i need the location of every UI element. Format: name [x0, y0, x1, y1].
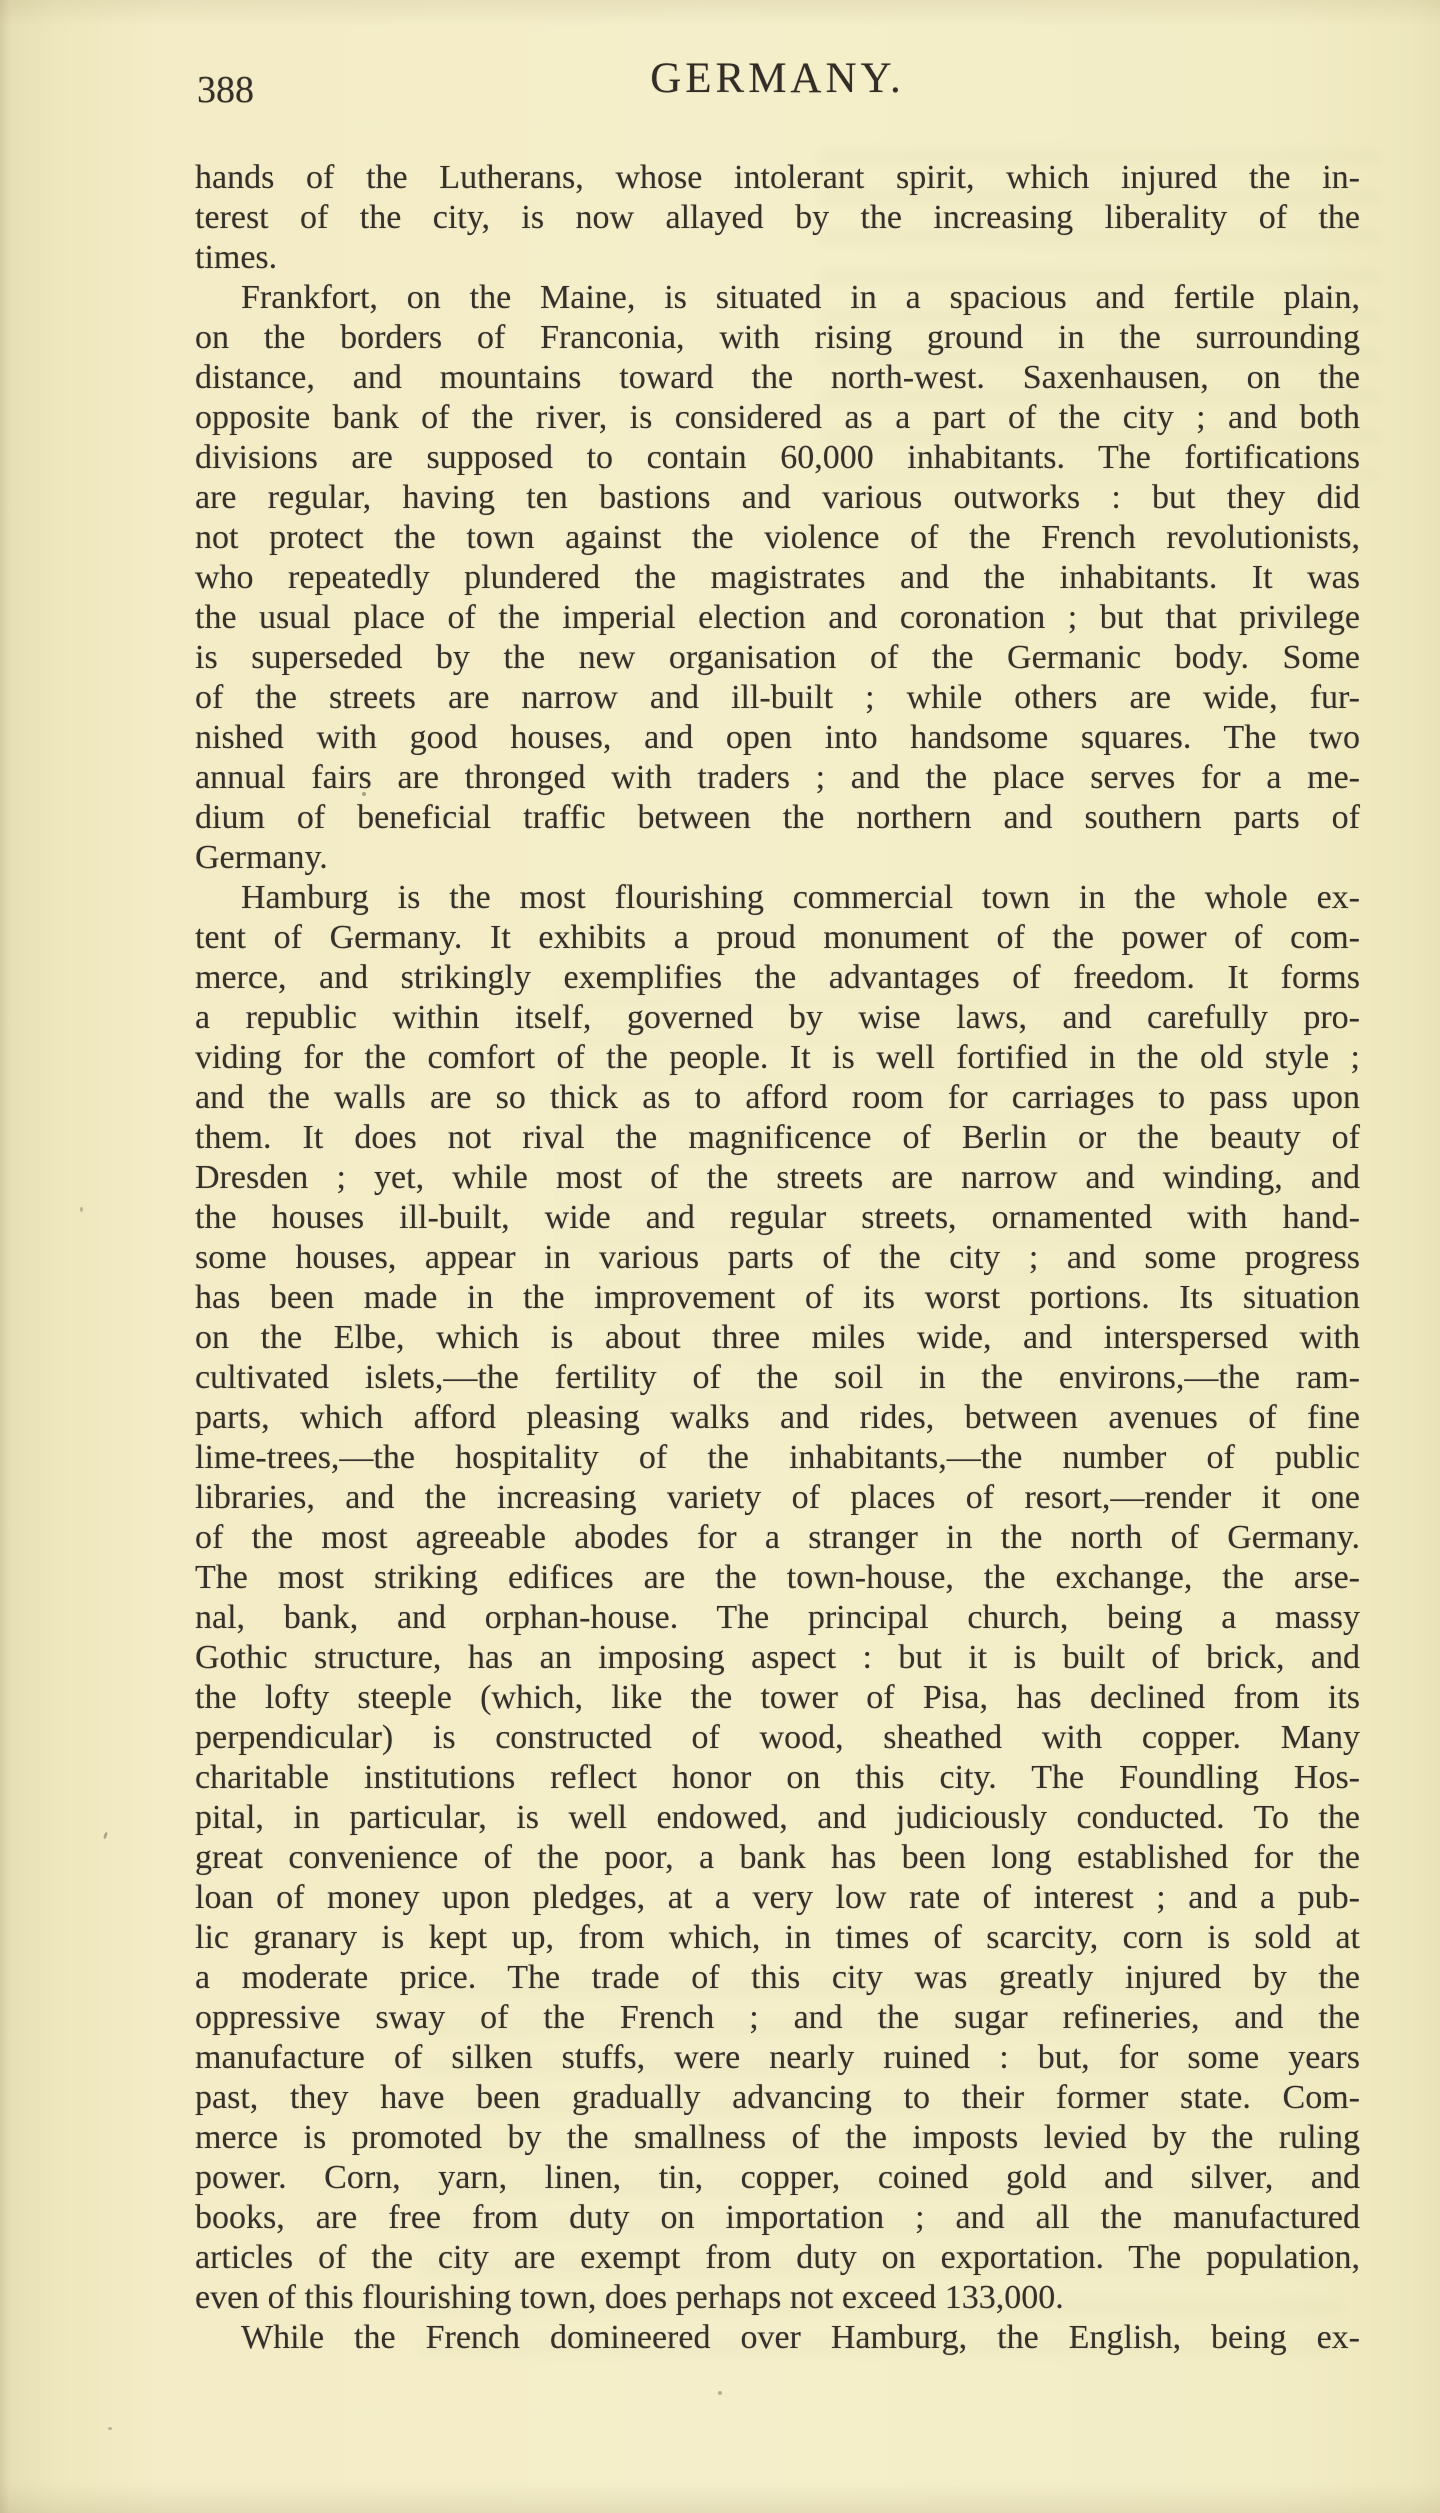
text-line: the houses ill-built, wide and regular s… — [195, 1198, 1360, 1238]
text-line: are regular, having ten bastions and var… — [195, 478, 1360, 518]
text-line: The most striking edifices are the town-… — [195, 1558, 1360, 1598]
text-line: loan of money upon pledges, at a very lo… — [195, 1878, 1360, 1918]
book-page-scan: { "page": { "number": "388", "header": "… — [0, 0, 1440, 2513]
text-line: past, they have been gradually advancing… — [195, 2078, 1360, 2118]
running-header: GERMANY. — [195, 57, 1360, 100]
text-line: nal, bank, and orphan-house. The princip… — [195, 1598, 1360, 1638]
text-line: While the French domineered over Hamburg… — [195, 2318, 1360, 2358]
text-line: Germany. — [195, 838, 1360, 878]
text-line: on the Elbe, which is about three miles … — [195, 1318, 1360, 1358]
text-line: tent of Germany. It exhibits a proud mon… — [195, 918, 1360, 958]
text-line: of the most agreeable abodes for a stran… — [195, 1518, 1360, 1558]
text-line: articles of the city are exempt from dut… — [195, 2238, 1360, 2278]
text-line: who repeatedly plundered the magistrates… — [195, 558, 1360, 598]
text-line: Frankfort, on the Maine, is situated in … — [195, 278, 1360, 318]
text-line: a republic within itself, governed by wi… — [195, 998, 1360, 1038]
text-line: on the borders of Franconia, with rising… — [195, 318, 1360, 358]
text-line: merce is promoted by the smallness of th… — [195, 2118, 1360, 2158]
paragraph: While the French domineered over Hamburg… — [195, 2318, 1360, 2358]
text-line: a moderate price. The trade of this city… — [195, 1958, 1360, 1998]
text-line: is superseded by the new organisation of… — [195, 638, 1360, 678]
text-line: oppressive sway of the French ; and the … — [195, 1998, 1360, 2038]
text-line: lic granary is kept up, from which, in t… — [195, 1918, 1360, 1958]
text-line: books, are free from duty on importation… — [195, 2198, 1360, 2238]
text-line: opposite bank of the river, is considere… — [195, 398, 1360, 438]
text-line: viding for the comfort of the people. It… — [195, 1038, 1360, 1078]
text-line: some houses, appear in various parts of … — [195, 1238, 1360, 1278]
text-line: terest of the city, is now allayed by th… — [195, 198, 1360, 238]
paragraph: Frankfort, on the Maine, is situated in … — [195, 278, 1360, 878]
text-line: annual fairs are thronged with traders ;… — [195, 758, 1360, 798]
text-line: pital, in particular, is well endowed, a… — [195, 1798, 1360, 1838]
text-line: not protect the town against the violenc… — [195, 518, 1360, 558]
text-line: Dresden ; yet, while most of the streets… — [195, 1158, 1360, 1198]
text-line: nished with good houses, and open into h… — [195, 718, 1360, 758]
text-line: even of this flourishing town, does perh… — [195, 2278, 1360, 2318]
paragraph: Hamburg is the most flourishing commerci… — [195, 878, 1360, 2318]
text-line: Gothic structure, has an imposing aspect… — [195, 1638, 1360, 1678]
text-line: the lofty steeple (which, like the tower… — [195, 1678, 1360, 1718]
text-line: and the walls are so thick as to afford … — [195, 1078, 1360, 1118]
text-line: them. It does not rival the magnificence… — [195, 1118, 1360, 1158]
page-header-row: 388 GERMANY. — [195, 55, 1360, 107]
text-line: manufacture of silken stuffs, were nearl… — [195, 2038, 1360, 2078]
text-line: lime-trees,—the hospitality of the inhab… — [195, 1438, 1360, 1478]
text-line: times. — [195, 238, 1360, 278]
text-line: of the streets are narrow and ill-built … — [195, 678, 1360, 718]
text-line: libraries, and the increasing variety of… — [195, 1478, 1360, 1518]
paper-speck — [80, 1207, 83, 1212]
text-line: dium of beneficial traffic between the n… — [195, 798, 1360, 838]
paper-speck — [718, 2391, 722, 2395]
page-text: hands of the Lutherans, whose intolerant… — [195, 158, 1360, 2358]
text-line: has been made in the improvement of its … — [195, 1278, 1360, 1318]
text-line: the usual place of the imperial election… — [195, 598, 1360, 638]
text-line: merce, and strikingly exemplifies the ad… — [195, 958, 1360, 998]
text-line: hands of the Lutherans, whose intolerant… — [195, 158, 1360, 198]
text-line: great convenience of the poor, a bank ha… — [195, 1838, 1360, 1878]
paragraph: hands of the Lutherans, whose intolerant… — [195, 158, 1360, 278]
text-line: perpendicular) is constructed of wood, s… — [195, 1718, 1360, 1758]
text-line: charitable institutions reflect honor on… — [195, 1758, 1360, 1798]
text-line: power. Corn, yarn, linen, tin, copper, c… — [195, 2158, 1360, 2198]
text-line: parts, which afford pleasing walks and r… — [195, 1398, 1360, 1438]
text-line: cultivated islets,—the fertility of the … — [195, 1358, 1360, 1398]
text-line: Hamburg is the most flourishing commerci… — [195, 878, 1360, 918]
paper-speck — [108, 2427, 112, 2430]
text-line: distance, and mountains toward the north… — [195, 358, 1360, 398]
text-line: divisions are supposed to contain 60,000… — [195, 438, 1360, 478]
